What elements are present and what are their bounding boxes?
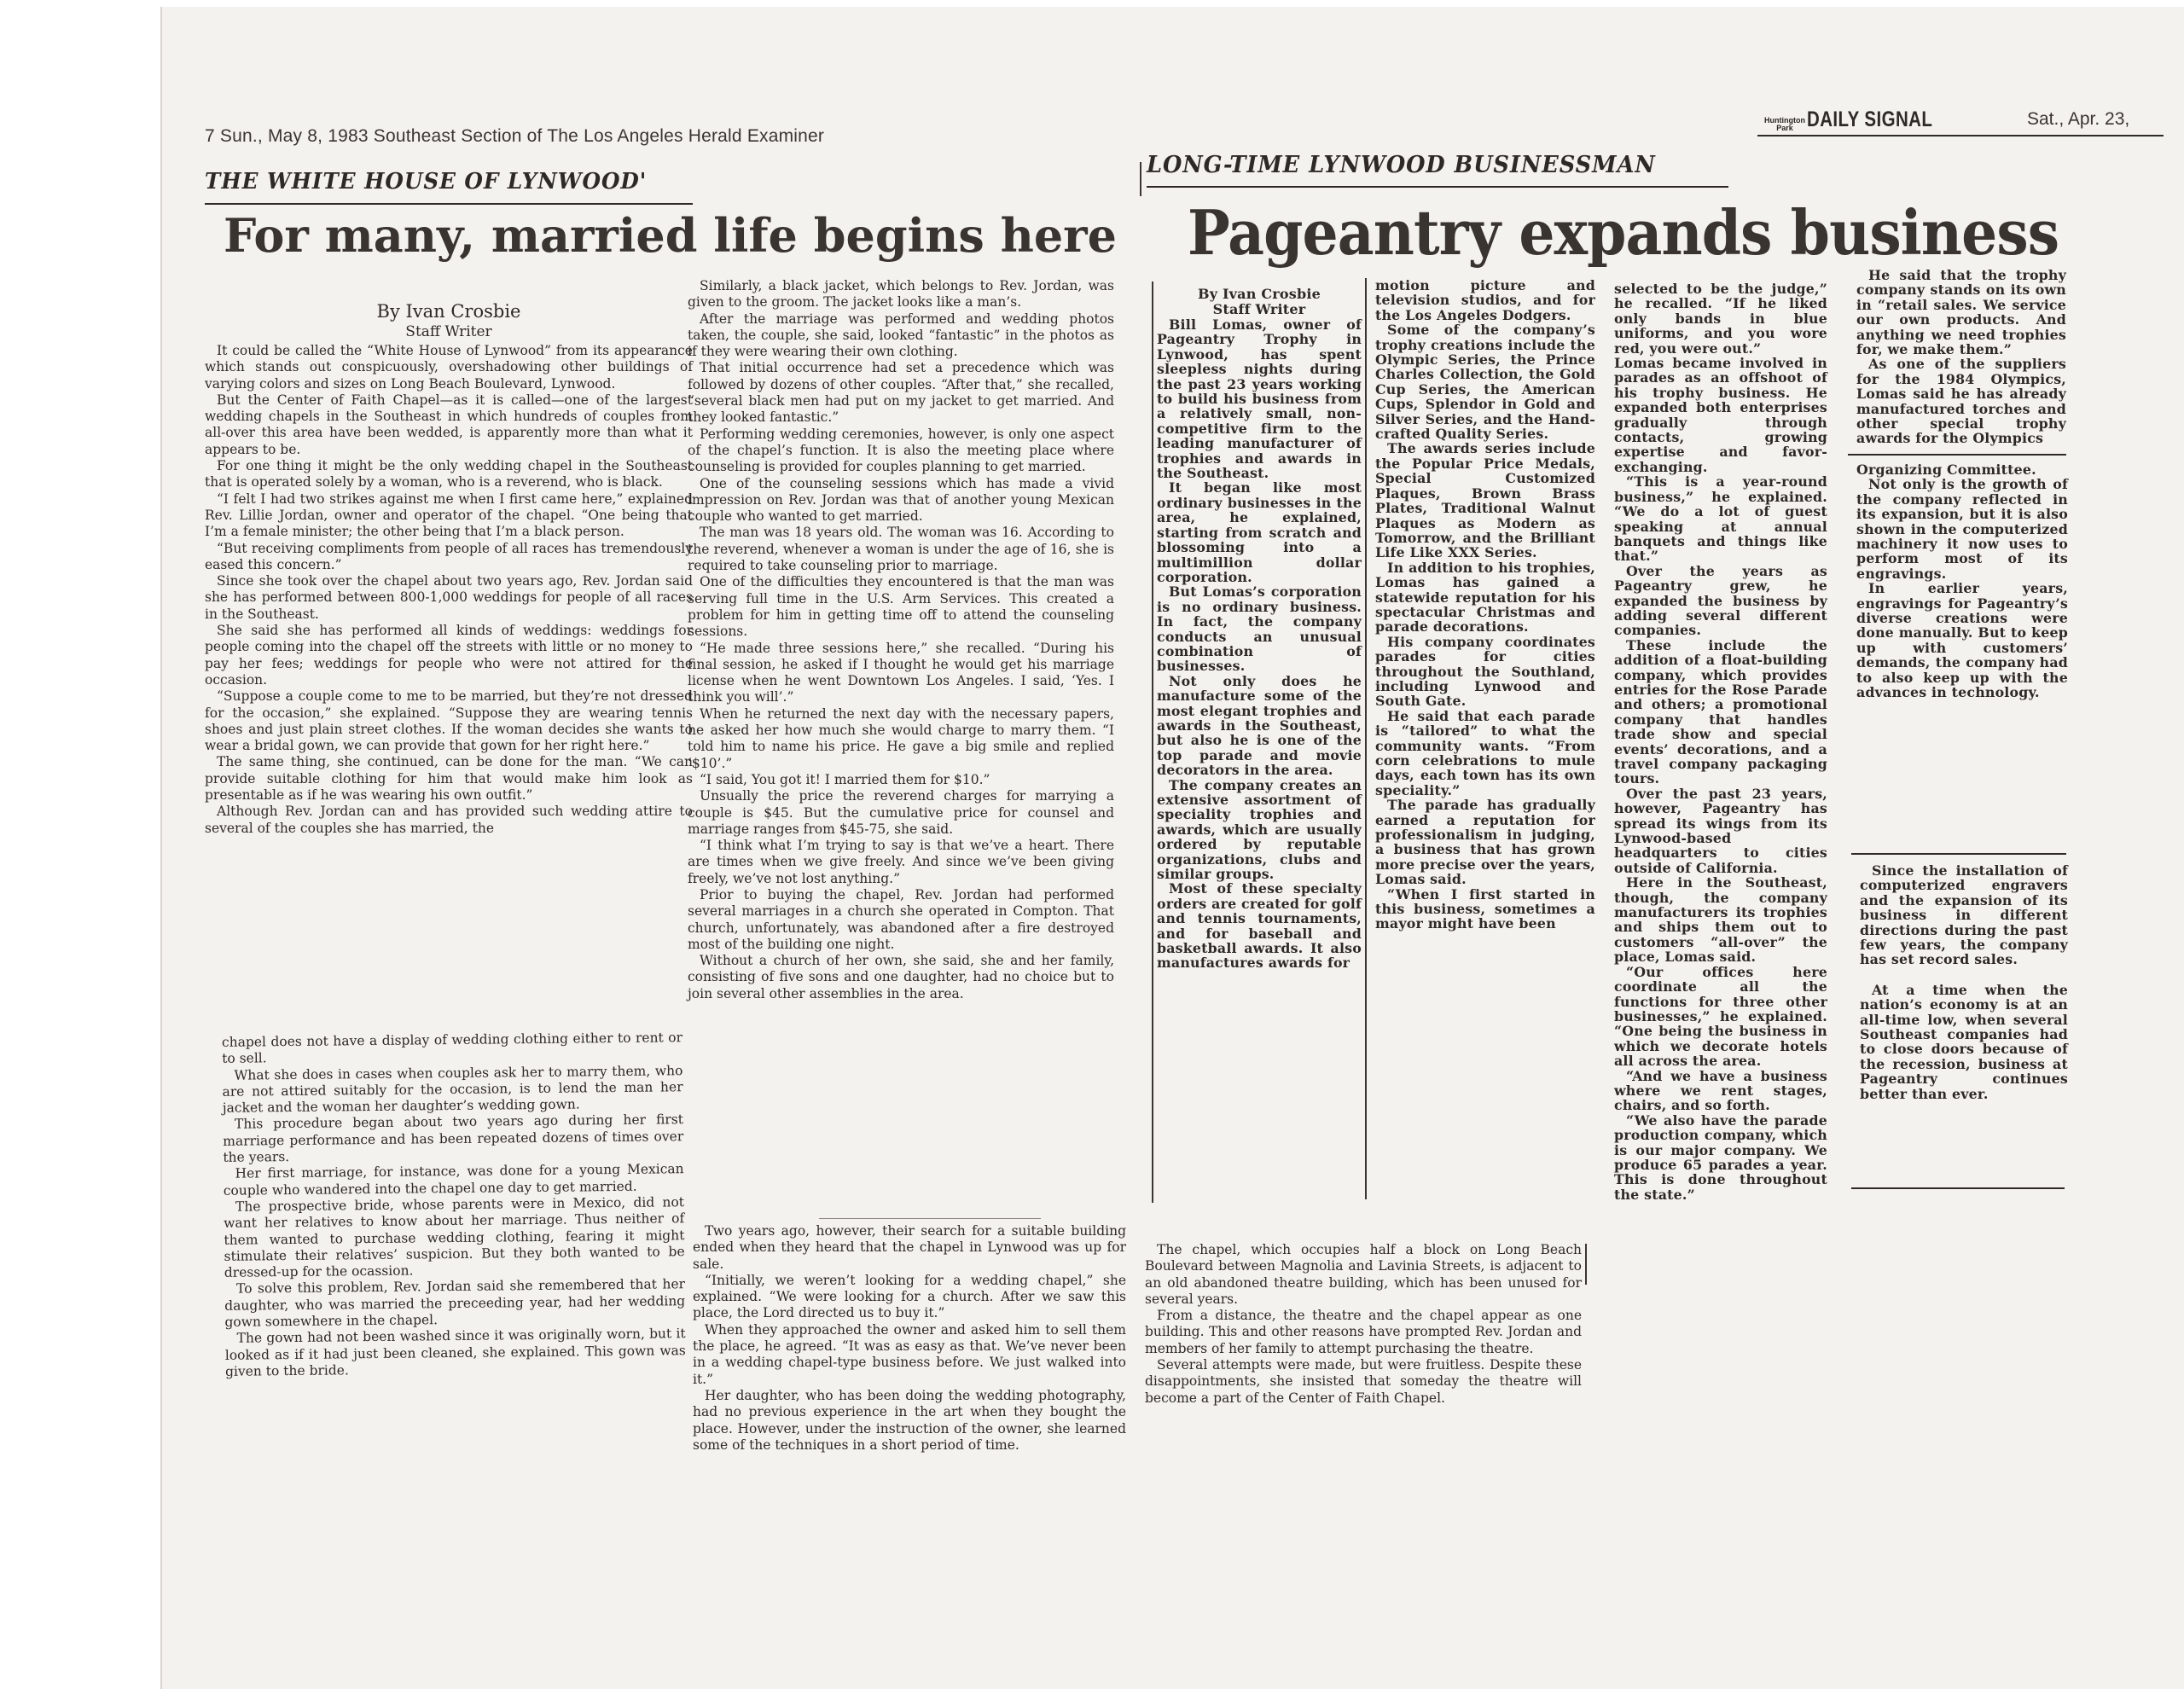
- left-kicker-rule: [205, 203, 693, 205]
- clip-edge: [1848, 454, 2066, 456]
- right-kicker: LONG-TIME LYNWOOD BUSINESSMAN: [1147, 152, 1656, 178]
- paragraph: The awards series include the Popular Pr…: [1375, 441, 1595, 560]
- right-masthead: HuntingtonParkDAILY SIGNAL: [1764, 107, 1960, 132]
- left-article-col1-continued: chapel does not have a display of weddin…: [222, 1030, 686, 1380]
- left-article-col1: By Ivan Crosbie Staff Writer It could be…: [205, 300, 693, 837]
- left-kicker: THE WHITE HOUSE OF LYNWOOD': [205, 169, 647, 194]
- paragraph: “Initially, we weren’t looking for a wed…: [693, 1273, 1126, 1322]
- paragraph: “He made three sessions here,” she recal…: [688, 641, 1114, 706]
- right-kicker-rule: [1147, 186, 1728, 188]
- paragraph: Similarly, a black jacket, which belongs…: [688, 278, 1114, 311]
- paragraph: “I think what I’m trying to say is that …: [688, 838, 1114, 887]
- clip-edge: [819, 1218, 1041, 1219]
- paragraph: motion picture and television studios, a…: [1375, 278, 1595, 322]
- right-headline: Pageantry expands business: [1188, 196, 2059, 269]
- paragraph: These include the addition of a float-bu…: [1614, 638, 1827, 786]
- column-rule: [1152, 281, 1153, 1203]
- right-article-col1: By Ivan Crosbie Staff Writer Bill Lomas,…: [1157, 287, 1362, 971]
- right-date: Sat., Apr. 23,: [2027, 109, 2129, 130]
- paragraph: From a distance, the theatre and the cha…: [1145, 1308, 1582, 1357]
- paragraph: She said she has performed all kinds of …: [205, 623, 693, 688]
- paragraph: That initial occurrence had set a preced…: [688, 360, 1114, 426]
- paragraph: Most of these specialty orders are creat…: [1157, 881, 1362, 970]
- paragraph: Lomas became involved in parades as an o…: [1614, 356, 1827, 474]
- paragraph: “Our offices here coordinate all the fun…: [1614, 965, 1827, 1069]
- right-article-col2: motion picture and television studios, a…: [1375, 278, 1595, 932]
- paragraph: When he returned the next day with the n…: [688, 706, 1114, 772]
- paragraph: chapel does not have a display of weddin…: [222, 1030, 682, 1067]
- paragraph: But the Center of Faith Chapel—as it is …: [205, 392, 693, 458]
- paragraph: At a time when the nation’s economy is a…: [1860, 983, 2068, 1101]
- paragraph: Performing wedding ceremonies, however, …: [688, 427, 1114, 476]
- paragraph: Organizing Committee.: [1856, 462, 2068, 477]
- right-byline-title: Staff Writer: [1157, 302, 1362, 317]
- left-headline: For many, married life begins here: [224, 208, 1117, 263]
- paragraph: “When I first started in this business, …: [1375, 887, 1595, 932]
- paragraph: selected to be the judge,” he recalled. …: [1614, 281, 1827, 356]
- left-article-col2: Similarly, a black jacket, which belongs…: [688, 278, 1114, 1002]
- paragraph: Over the years as Pageantry grew, he exp…: [1614, 564, 1827, 638]
- right-article-col4: He said that the trophy company stands o…: [1856, 268, 2066, 446]
- paragraph: But Lomas’s corporation is no ordinary b…: [1157, 584, 1362, 673]
- paragraph: Prior to buying the chapel, Rev. Jordan …: [688, 887, 1114, 953]
- right-article-col3: selected to be the judge,” he recalled. …: [1614, 281, 1827, 1202]
- masthead-rule: [1757, 135, 2164, 136]
- paragraph: To solve this problem, Rev. Jordan said …: [224, 1277, 686, 1332]
- paragraph: For one thing it might be the only weddi…: [205, 458, 693, 491]
- left-article-col3-overflow: The chapel, which occupies half a block …: [1145, 1242, 1582, 1407]
- paragraph: One of the counseling sessions which has…: [688, 476, 1114, 525]
- paragraph: He said that the trophy company stands o…: [1856, 268, 2066, 357]
- paragraph: It began like most ordinary businesses i…: [1157, 480, 1362, 584]
- paragraph: Without a church of her own, she said, s…: [688, 953, 1114, 1002]
- clip-edge: [1851, 853, 2066, 855]
- paragraph: Not only is the growth of the company re…: [1856, 477, 2068, 581]
- paragraph: Although Rev. Jordan can and has provide…: [205, 804, 693, 837]
- left-byline-title: Staff Writer: [205, 322, 693, 341]
- paragraph: Bill Lomas, owner of Pageantry Trophy in…: [1157, 317, 1362, 480]
- paragraph: “But receiving compliments from people o…: [205, 541, 693, 574]
- paragraph: One of the difficulties they encountered…: [688, 574, 1114, 640]
- paragraph: Not only does he manufacture some of the…: [1157, 674, 1362, 778]
- paragraph: “And we have a business where we rent st…: [1614, 1069, 1827, 1113]
- paragraph: “Suppose a couple come to me to be marri…: [205, 688, 693, 754]
- paragraph: “We also have the parade production comp…: [1614, 1113, 1827, 1202]
- paragraph: Unsually the price the reverend charges …: [688, 788, 1114, 838]
- column-rule: [1365, 278, 1367, 1199]
- paragraph: In addition to his trophies, Lomas has g…: [1375, 560, 1595, 635]
- end-rule: [1851, 1187, 2065, 1189]
- paragraph: The man was 18 years old. The woman was …: [688, 525, 1114, 574]
- paragraph: It could be called the “White House of L…: [205, 343, 693, 392]
- paragraph: The prospective bride, whose parents wer…: [224, 1194, 685, 1281]
- paragraph: Some of the company’s trophy creations i…: [1375, 322, 1595, 441]
- paragraph: Her daughter, who has been doing the wed…: [693, 1388, 1126, 1454]
- paper-name: DAILY SIGNAL: [1807, 107, 1932, 132]
- paragraph: In earlier years, engravings for Pageant…: [1856, 581, 2068, 699]
- paragraph: Two years ago, however, their search for…: [693, 1223, 1126, 1273]
- left-byline: By Ivan Crosbie: [205, 300, 693, 322]
- paragraph: Here in the Southeast, though, the compa…: [1614, 875, 1827, 964]
- paragraph: Since the installation of computerized e…: [1860, 863, 2068, 967]
- paragraph: “This is a year-round business,” he expl…: [1614, 474, 1827, 563]
- paragraph: “I felt I had two strikes against me whe…: [205, 491, 693, 541]
- paragraph: Her first marriage, for instance, was do…: [224, 1162, 684, 1199]
- paragraph: The gown had not been washed since it wa…: [225, 1326, 687, 1381]
- paragraph: This procedure began about two years ago…: [223, 1112, 684, 1167]
- paper-prefix: HuntingtonPark: [1764, 117, 1805, 132]
- paragraph: Several attempts were made, but were fru…: [1145, 1357, 1582, 1407]
- paragraph: As one of the suppliers for the 1984 Oly…: [1856, 357, 2066, 445]
- paragraph: What she does in cases when couples ask …: [222, 1063, 683, 1117]
- paragraph: Over the past 23 years, however, Pageant…: [1614, 786, 1827, 875]
- paragraph: The chapel, which occupies half a block …: [1145, 1242, 1582, 1308]
- right-article-col4-final: Since the installation of computerized e…: [1860, 863, 2068, 1101]
- right-byline: By Ivan Crosbie: [1157, 287, 1362, 302]
- clip-edge: [1140, 162, 1141, 196]
- paragraph: After the marriage was performed and wed…: [688, 311, 1114, 361]
- paragraph: His company coordinates parades for citi…: [1375, 635, 1595, 709]
- paragraph: The company creates an extensive assortm…: [1157, 778, 1362, 882]
- left-masthead: 7 Sun., May 8, 1983 Southeast Section of…: [205, 126, 824, 147]
- paragraph: The parade has gradually earned a reputa…: [1375, 798, 1595, 886]
- right-article-col4-continued: Organizing Committee. Not only is the gr…: [1856, 462, 2068, 700]
- paragraph: When they approached the owner and asked…: [693, 1322, 1126, 1388]
- paragraph: He said that each parade is “tailored” t…: [1375, 709, 1595, 798]
- left-article-col2-continued: Two years ago, however, their search for…: [693, 1223, 1126, 1454]
- paragraph: The same thing, she continued, can be do…: [205, 754, 693, 804]
- paragraph: Since she took over the chapel about two…: [205, 573, 693, 623]
- paragraph: “I said, You got it! I married them for …: [688, 772, 1114, 788]
- clip-edge: [1585, 1244, 1587, 1285]
